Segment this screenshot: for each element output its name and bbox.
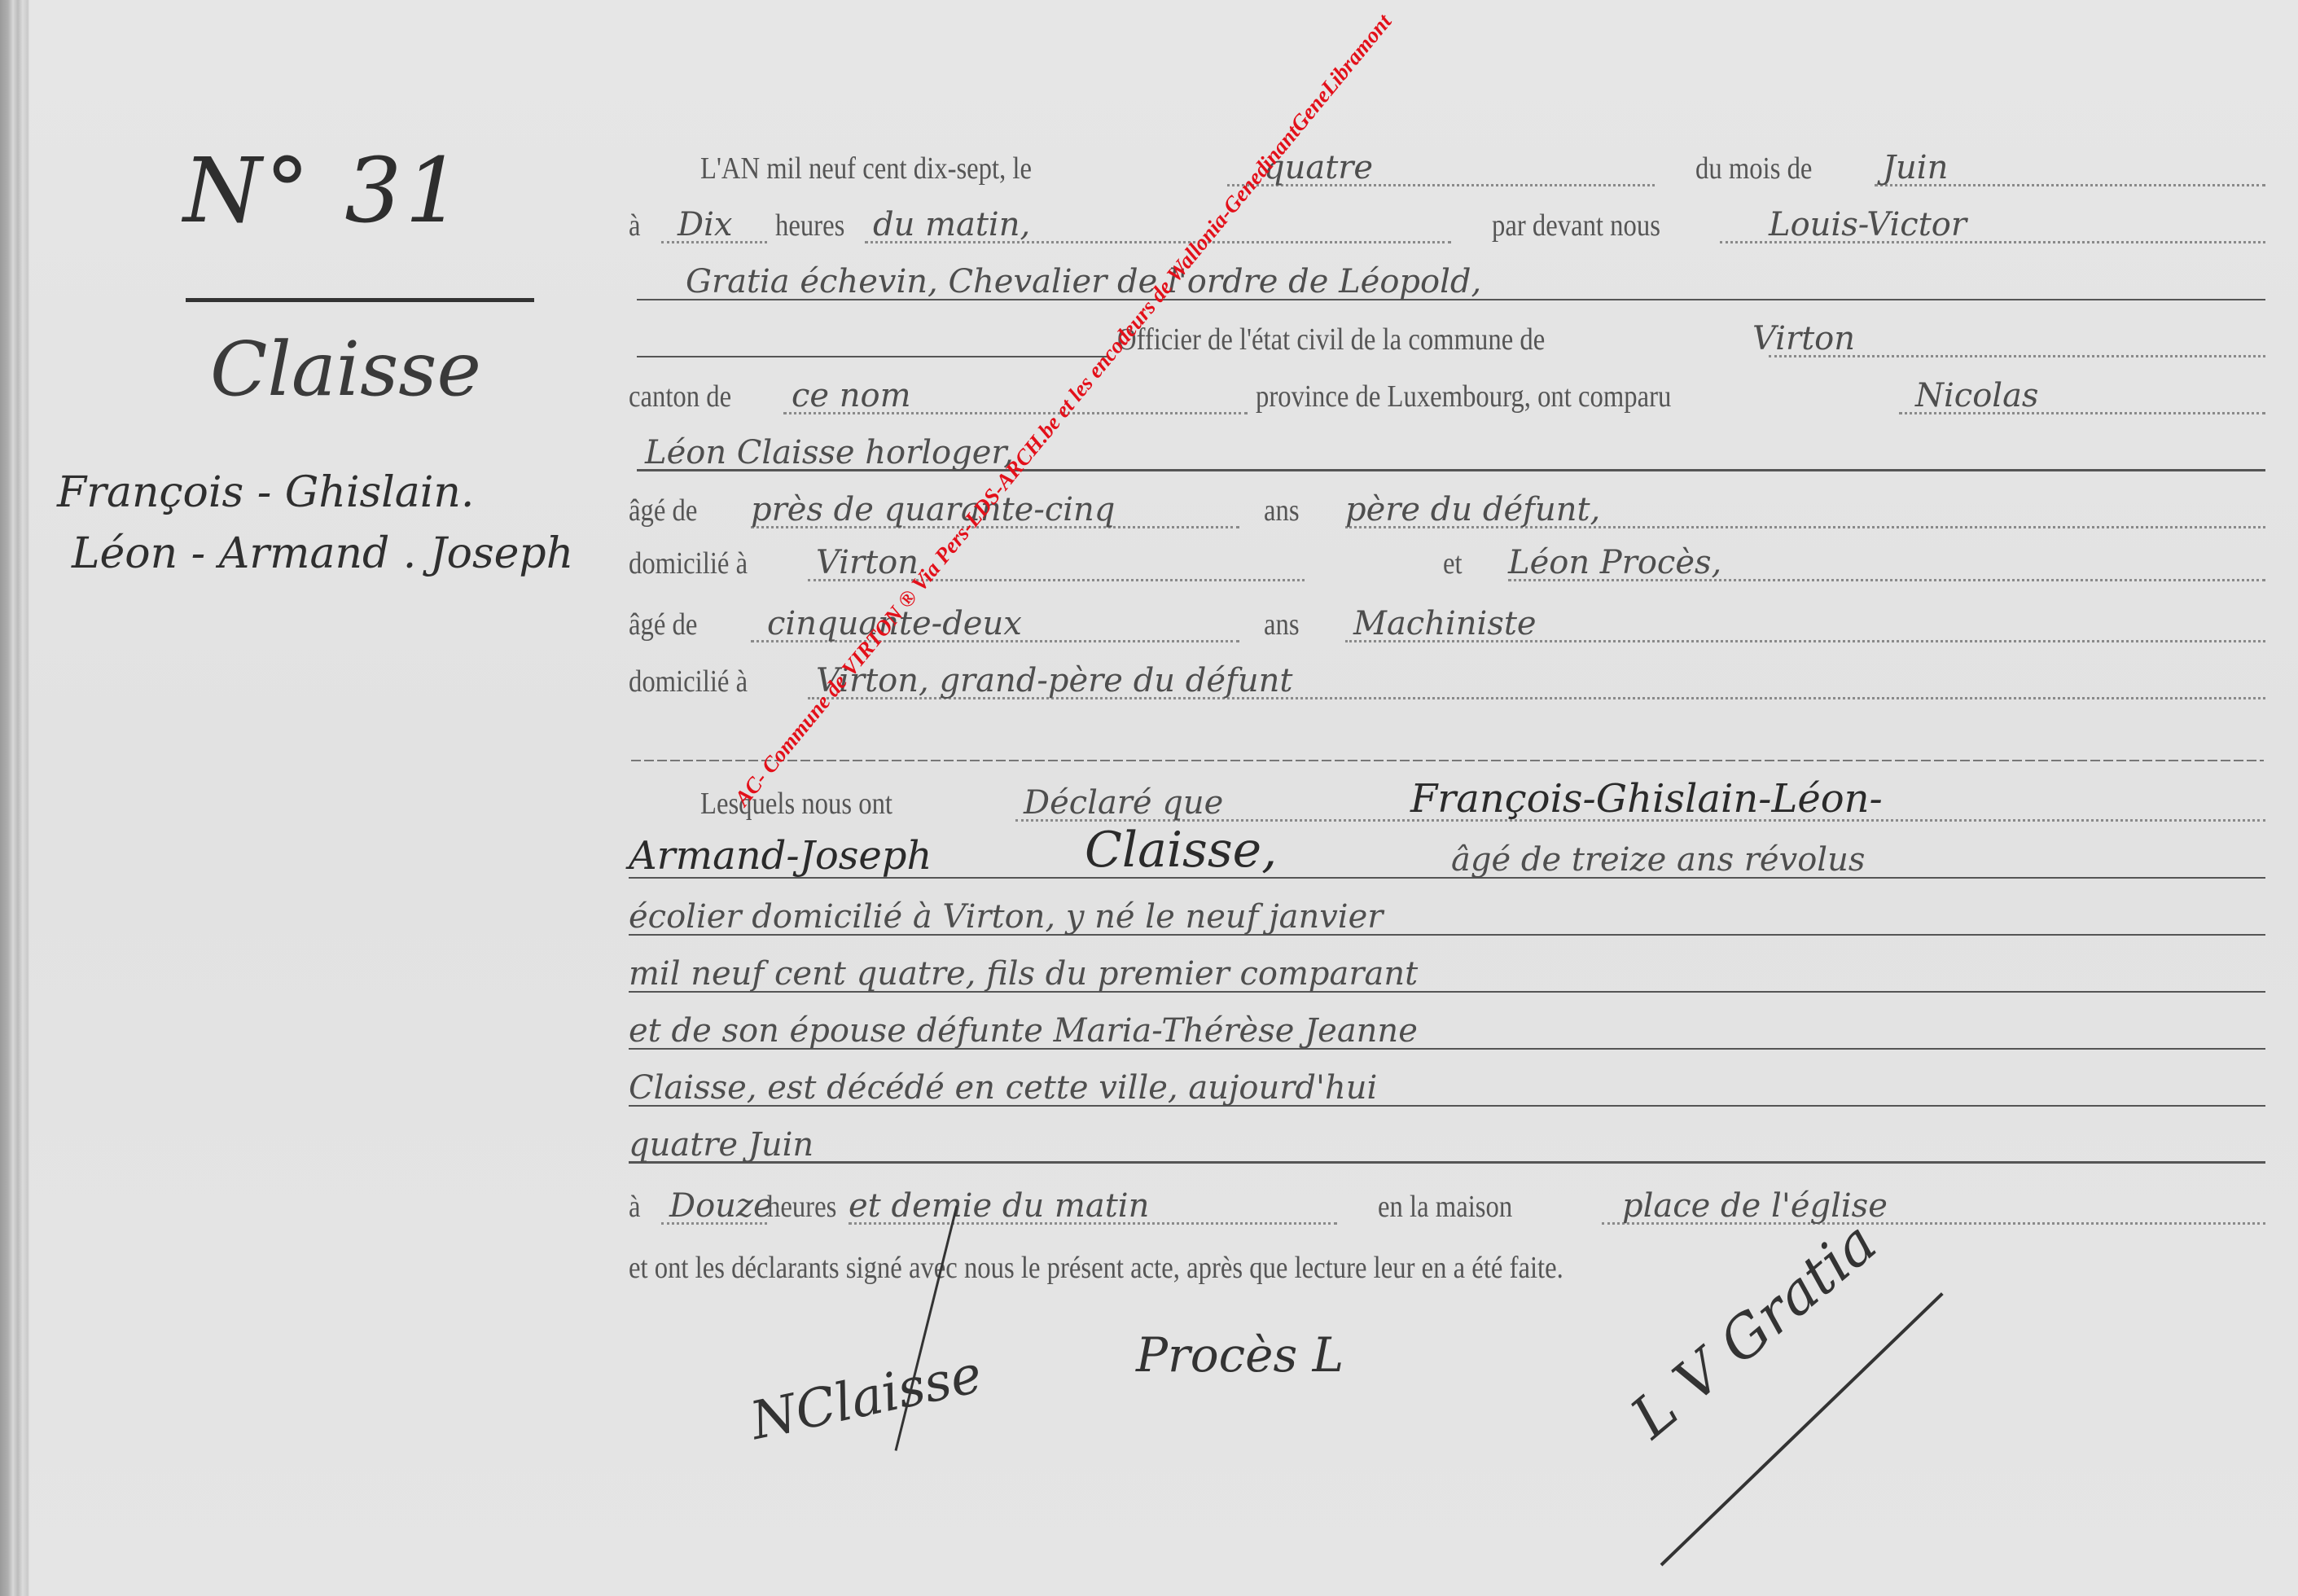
printed-domicilie-a: domicilié à xyxy=(629,664,748,699)
printed-heures: heures xyxy=(767,1189,836,1225)
printed-domicilie-a: domicilié à xyxy=(629,546,748,581)
handwritten-declarant1-relation: père du défunt, xyxy=(1345,491,1600,528)
handwritten-hour: Dix xyxy=(678,206,732,243)
form-row-declarant1-domicile: domicilié à Virton et Léon Procès, xyxy=(629,537,2265,586)
form-row-declarant1-age: âgé de près de quarante-cinq ans père du… xyxy=(629,484,2265,533)
handwritten-declarant2-occupation: Machiniste xyxy=(1353,605,1537,642)
rule-line xyxy=(637,356,1109,357)
handwritten-commune: Virton xyxy=(1752,320,1855,357)
printed-en-la-maison: en la maison xyxy=(1378,1189,1512,1225)
form-row-death-date: quatre Juin xyxy=(629,1120,2265,1168)
printed-par-devant-nous: par devant nous xyxy=(1492,208,1660,243)
printed-canton-de: canton de xyxy=(629,379,731,414)
form-row-death-time: à Douze heures et demie du matin en la m… xyxy=(629,1181,2265,1230)
handwritten-time-of-day: du matin, xyxy=(873,206,1030,243)
binding-edge xyxy=(0,0,29,1596)
handwritten-month: Juin xyxy=(1883,149,1948,186)
printed-month-label: du mois de xyxy=(1695,151,1812,186)
handwritten-declarant1-name: Léon Claisse horloger, xyxy=(645,434,1014,471)
handwritten-birth-year-parent: mil neuf cent quatre, fils du premier co… xyxy=(629,955,1418,993)
form-row-declaration: Lesquels nous ont Déclaré que François-G… xyxy=(629,778,2265,826)
handwritten-deceased-age: âgé de treize ans révolus xyxy=(1451,841,1865,879)
form-row-deceased-name: Armand-Joseph Claisse, âgé de treize ans… xyxy=(629,835,2265,883)
handwritten-deceased-given-names-cont: Armand-Joseph xyxy=(629,833,932,879)
form-row-commune: Officier de l'état civil de la commune d… xyxy=(629,313,2265,362)
handwritten-officer-name: Louis-Victor xyxy=(1769,206,1967,243)
act-number: N° 31 xyxy=(183,138,465,243)
printed-officier-commune: Officier de l'état civil de la commune d… xyxy=(1117,322,1545,357)
handwritten-deceased-occupation-birth: écolier domicilié à Virton, y né le neuf… xyxy=(629,898,1383,936)
form-row-deceased-mother: et de son épouse défunte Maria-Thérèse J… xyxy=(629,1006,2265,1054)
handwritten-deceased-surname: Claisse, xyxy=(1085,822,1277,879)
section-separator xyxy=(631,760,2264,761)
form-row-year: L'AN mil neuf cent dix-sept, le quatre d… xyxy=(629,142,2265,191)
handwritten-declarant2-name: Léon Procès, xyxy=(1508,544,1721,581)
printed-ans: ans xyxy=(1264,607,1300,642)
form-row-hour: à Dix heures du matin, par devant nous L… xyxy=(629,199,2265,248)
handwritten-declared-that: Déclaré que xyxy=(1024,784,1223,822)
form-row-declarant1: Léon Claisse horloger, xyxy=(629,427,2265,476)
printed-age-de: âgé de xyxy=(629,493,697,528)
handwritten-officer-title: Gratia échevin, Chevalier de l'ordre de … xyxy=(686,263,1481,300)
printed-heures: heures xyxy=(775,208,844,243)
margin-surname: Claisse xyxy=(210,326,481,413)
printed-age-de: âgé de xyxy=(629,607,697,642)
handwritten-death-place: Claisse, est décédé en cette ville, aujo… xyxy=(629,1069,1377,1107)
register-page: N° 31 Claisse François - Ghislain. Léon … xyxy=(0,0,2298,1596)
handwritten-death-time-detail: et demie du matin xyxy=(849,1187,1149,1225)
printed-year-text: L'AN mil neuf cent dix-sept, le xyxy=(700,151,1032,186)
form-row-officer-title: Gratia échevin, Chevalier de l'ordre de … xyxy=(629,256,2265,305)
handwritten-declarant1-age: près de quarante-cinq xyxy=(751,491,1115,528)
printed-ans: ans xyxy=(1264,493,1300,528)
signature-declarant1: NClaisse xyxy=(745,1344,987,1452)
margin-given-names-1: François - Ghislain. xyxy=(57,468,474,517)
handwritten-mother: et de son épouse défunte Maria-Thérèse J… xyxy=(629,1012,1418,1050)
printed-province: province de Luxembourg, ont comparu xyxy=(1256,379,1671,414)
form-row-declarant2-domicile: domicilié à Virton, grand-père du défunt xyxy=(629,655,2265,704)
margin-divider xyxy=(186,298,534,302)
rule-line xyxy=(629,1161,2265,1164)
printed-et: et xyxy=(1443,546,1463,581)
form-row-closing: et ont les déclarants signé avec nous le… xyxy=(629,1242,2265,1291)
printed-a: à xyxy=(629,208,641,243)
form-row-death-place: Claisse, est décédé en cette ville, aujo… xyxy=(629,1063,2265,1111)
printed-a: à xyxy=(629,1189,641,1225)
handwritten-declarant1-firstname: Nicolas xyxy=(1915,377,2038,414)
form-row-canton: canton de ce nom province de Luxembourg,… xyxy=(629,370,2265,419)
margin-given-names-2: Léon - Armand . Joseph xyxy=(72,529,573,578)
form-row-deceased-birth-year: mil neuf cent quatre, fils du premier co… xyxy=(629,949,2265,997)
signature-declarant2: Procès L xyxy=(1136,1327,1344,1383)
handwritten-death-hour: Douze xyxy=(669,1187,773,1225)
handwritten-declarant2-domicile: Virton, grand-père du défunt xyxy=(816,662,1292,699)
handwritten-deceased-given-names: François-Ghislain-Léon- xyxy=(1410,776,1883,822)
handwritten-canton: ce nom xyxy=(792,377,911,414)
printed-closing-sentence: et ont les déclarants signé avec nous le… xyxy=(629,1250,1563,1286)
handwritten-declarant1-domicile: Virton xyxy=(816,544,919,581)
printed-lesquels-nous-ont: Lesquels nous ont xyxy=(700,786,892,822)
handwritten-death-date: quatre Juin xyxy=(629,1126,814,1164)
form-row-deceased-occupation: écolier domicilié à Virton, y né le neuf… xyxy=(629,892,2265,940)
